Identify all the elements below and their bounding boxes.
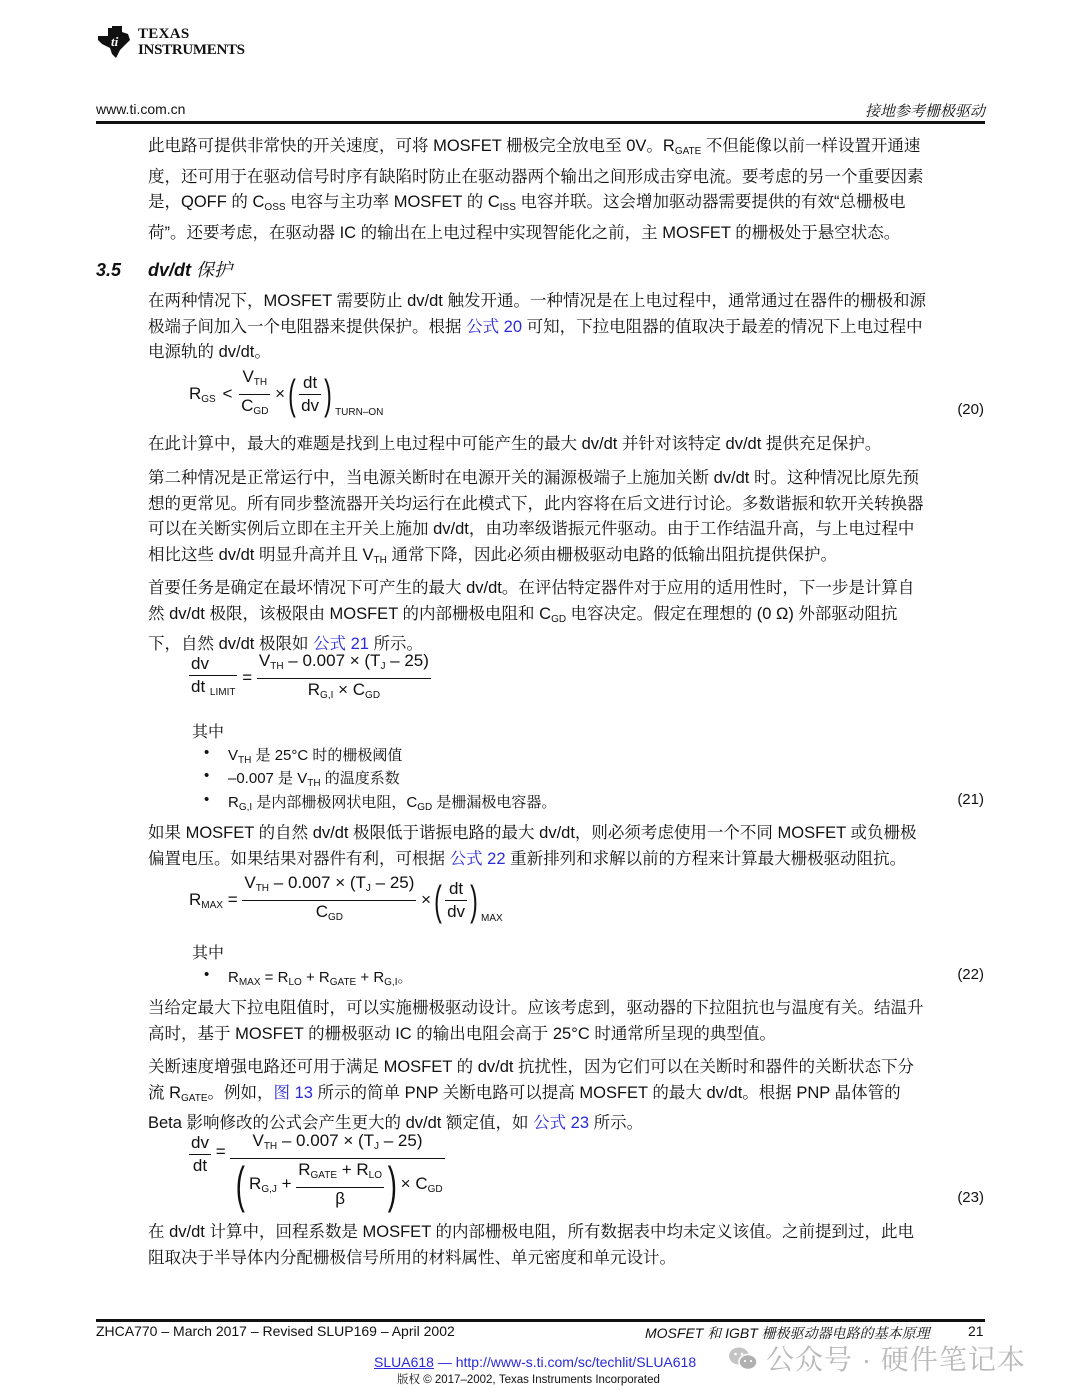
header-section-title: 接地参考栅极驱动 [865,100,985,121]
paragraph-gate-resistance: 在 dv/dt 计算中，回程系数是 MOSFET 的内部栅极电阻，所有数据表中均… [148,1220,988,1271]
paragraph-second-case: 第二种情况是正常运行中，当电源关断时在电源开关的漏源极端子上施加关断 dv/dt… [148,466,988,573]
doc-link[interactable]: SLUA618 [374,1354,434,1370]
section-heading: 3.5dv/dt 保护 [96,256,232,282]
list-item: VTH 是 25°C 时的栅极阈值 [228,744,402,766]
wechat-icon [728,1346,758,1372]
footer-rule [96,1319,985,1322]
text-line: 第二种情况是正常运行中，当电源关断时在电源开关的漏源极端子上施加关断 dv/dt… [148,466,988,492]
paragraph-difficulty: 在此计算中，最大的难题是找到上电过程中可能产生的最大 dv/dt 并针对该特定 … [148,432,988,458]
equation-23: dvdt = VTH – 0.007 × (TJ – 25)(RG,J + RG… [189,1130,445,1210]
equation-21: dvdt LIMIT = VTH – 0.007 × (TJ – 25)RG,I… [189,650,431,707]
footer-link[interactable]: SLUA618 — http://www-s.ti.com/sc/techlit… [374,1354,696,1370]
section-title: dv/dt 保护 [148,260,232,280]
svg-text:ti: ti [111,34,119,49]
list-item: RMAX = RLO + RGATE + RG,I。 [228,966,413,988]
footer-copyright: 版权 © 2017–2002, Texas Instruments Incorp… [397,1371,660,1387]
equation-number-23: (23) [957,1189,984,1206]
text-line: 流 RGATE。例如，图 13 所示的简单 PNP 关断电路可以提高 MOSFE… [148,1081,988,1112]
text-line: 阻取决于半导体内分配栅极信号所用的材料属性、单元密度和单元设计。 [148,1246,988,1272]
header-url[interactable]: www.ti.com.cn [96,101,185,117]
equation-20-link[interactable]: 公式 20 [466,318,522,336]
ti-logo: ti Texas Instruments [96,24,266,64]
intro-paragraph: 此电路可提供非常快的开关速度，可将 MOSFET 栅极完全放电至 0V。RGAT… [148,134,988,246]
text-line: 偏置电压。如果结果对器件有利，可根据 公式 22 重新排列和求解以前的方程来计算… [148,847,988,873]
footer-page-number: 21 [968,1323,984,1339]
text-line: 此电路可提供非常快的开关速度，可将 MOSFET 栅极完全放电至 0V。RGAT… [148,134,988,165]
paragraph-dvdt-intro: 在两种情况下，MOSFET 需要防止 dv/dt 触发开通。一种情况是在上电过程… [148,289,988,366]
text-line: 荷”。还要考虑，在驱动器 IC 的输出在上电过程中实现智能化之前，主 MOSFE… [148,221,988,247]
text-line: 如果 MOSFET 的自然 dv/dt 极限低于谐振电路的最大 dv/dt，则必… [148,821,988,847]
figure-13-link[interactable]: 图 13 [273,1084,312,1102]
footer-doc-id: ZHCA770 – March 2017 – Revised SLUP169 –… [96,1323,455,1339]
doc-url-link[interactable]: http://www-s.ti.com/sc/techlit/SLUA618 [456,1354,696,1370]
equation-number-20: (20) [957,401,984,418]
text-line: 然 dv/dt 极限，该极限由 MOSFET 的内部栅极电阻和 CGD 电容决定… [148,602,988,633]
text-line: 高时，基于 MOSFET 的栅极驱动 IC 的输出电阻会高于 25°C 时通常所… [148,1022,988,1048]
watermark: 公众号 · 硬件笔记本 [728,1338,1026,1378]
text-line: 当给定最大下拉电阻值时，可以实施栅极驱动设计。应该考虑到，驱动器的下拉阻抗也与温… [148,996,988,1022]
text-line: 关断速度增强电路还可用于满足 MOSFET 的 dv/dt 抗扰性，因为它们可以… [148,1055,988,1081]
logo-line2: Instruments [138,42,245,58]
list-item: RG,I 是内部栅极网状电阻，CGD 是栅漏极电容器。 [228,791,556,813]
text-line: 度，还可用于在驱动信号时序有缺陷时防止在驱动器两个输出之间形成击穿电流。要考虑的… [148,165,988,191]
text-line: 相比这些 dv/dt 明显升高并且 VTH 通常下降，因此必须由栅极驱动电路的低… [148,543,988,574]
list-item: –0.007 是 VTH 的温度系数 [228,767,400,789]
paragraph-natural-limit: 首要任务是确定在最坏情况下可产生的最大 dv/dt。在评估特定器件对于应用的适用… [148,576,988,658]
logo-wordmark: Texas Instruments [138,26,245,58]
equation-22: RMAX = VTH – 0.007 × (TJ – 25)CGD ×(dtdv… [189,872,503,929]
text-line: 想的更常见。所有同步整流器开关均运行在此模式下，此内容将在后文进行讨论。多数谐振… [148,492,988,518]
text-line: 是，QOFF 的 COSS 电容与主功率 MOSFET 的 CISS 电容并联。… [148,190,988,221]
text-line: 在两种情况下，MOSFET 需要防止 dv/dt 触发开通。一种情况是在上电过程… [148,289,988,315]
paragraph-pulldown: 当给定最大下拉电阻值时，可以实施栅极驱动设计。应该考虑到，驱动器的下拉阻抗也与温… [148,996,988,1047]
equation-number-21: (21) [957,791,984,808]
equation-number-22: (22) [957,966,984,983]
text-line: 极端子间加入一个电阻器来提供保护。根据 公式 20 可知，下拉电阻器的值取决于最… [148,315,988,341]
text-line: 可以在关断实例后立即在主开关上施加 dv/dt，由功率级谐振元件驱动。由于工作结… [148,517,988,543]
logo-line1: Texas [138,26,245,42]
where-label: 其中 [192,719,224,742]
text-line: 电源轨的 dv/dt。 [148,340,988,366]
section-number: 3.5 [96,260,148,281]
equation-23-link[interactable]: 公式 23 [533,1114,589,1132]
ti-logo-icon: ti [96,24,132,60]
paragraph-turnoff: 关断速度增强电路还可用于满足 MOSFET 的 dv/dt 抗扰性，因为它们可以… [148,1055,988,1137]
header-rule [96,121,985,124]
text-line: 首要任务是确定在最坏情况下可产生的最大 dv/dt。在评估特定器件对于应用的适用… [148,576,988,602]
paragraph-rmax: 如果 MOSFET 的自然 dv/dt 极限低于谐振电路的最大 dv/dt，则必… [148,821,988,872]
where-label: 其中 [192,940,224,963]
equation-22-link[interactable]: 公式 22 [450,850,506,868]
text-line: 在 dv/dt 计算中，回程系数是 MOSFET 的内部栅极电阻，所有数据表中均… [148,1220,988,1246]
equation-20: RGS < VTHCGD ×(dtdv)TURN–ON [189,366,383,423]
